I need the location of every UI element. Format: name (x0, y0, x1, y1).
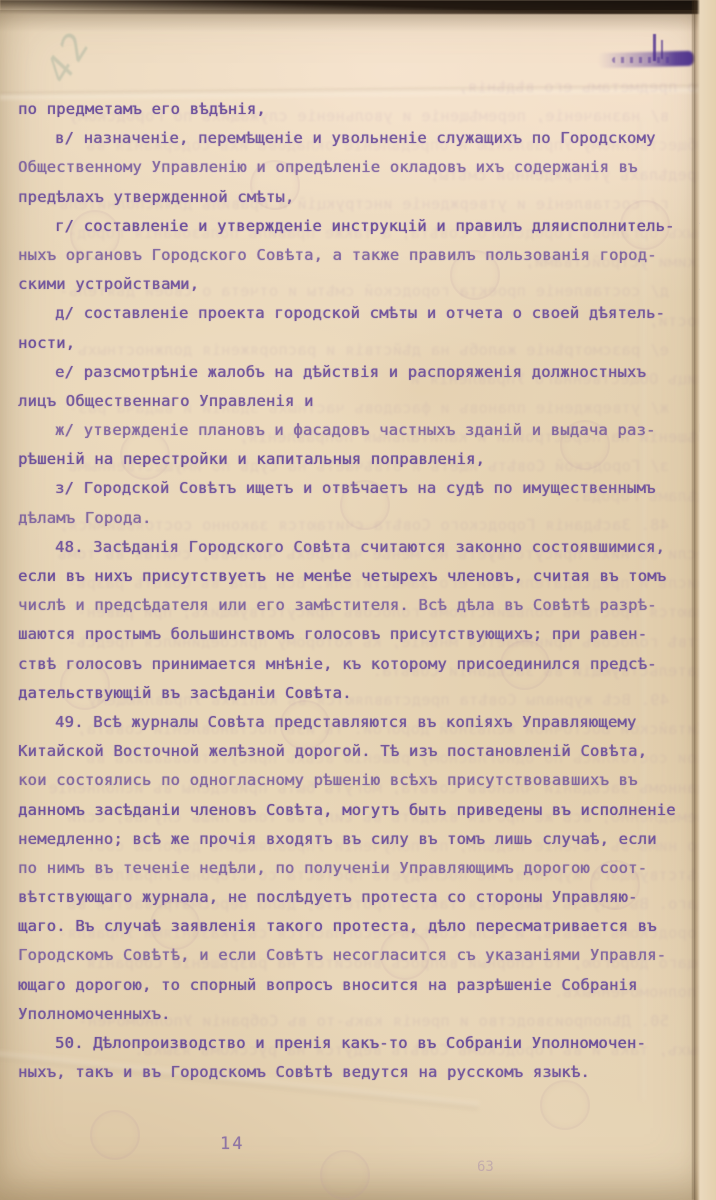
text-line: в/ назначеніе, перемѣщеніе и увольненіе … (18, 129, 694, 158)
text-line: ж/ утвержденіе плановъ и фасадовъ частны… (18, 421, 694, 450)
scan-top-edge-shadow (0, 10, 716, 32)
text-line: ныхъ, такъ и въ Городскомъ Совѣтѣ ведутс… (18, 1063, 694, 1092)
watermark-circle (90, 1110, 140, 1160)
text-line: д/ составленіе проекта городской смѣты и… (18, 304, 694, 333)
text-line: по нимъ въ теченіе недѣли, по полученіи … (18, 859, 694, 888)
document-body-text: по предметамъ его вѣдѣнія,в/ назначеніе,… (18, 100, 694, 1092)
text-line: рѣшеній на перестройки и капитальныя поп… (18, 450, 694, 479)
handwritten-pencil-mark: 42 (37, 23, 100, 90)
text-line: предѣлахъ утвержденной смѣты, (18, 188, 694, 217)
ink-smudge-tick (653, 34, 656, 61)
text-line: кои состоялись по одногласному рѣшенію в… (18, 771, 694, 800)
text-line: Китайской Восточной желѣзной дорогой. Тѣ… (18, 742, 694, 771)
text-line: скими устройствами, (18, 275, 694, 304)
text-line: щаго. Въ случаѣ заявленія такого протест… (18, 917, 694, 946)
text-line: з/ Городской Совѣтъ ищетъ и отвѣчаетъ на… (18, 479, 694, 508)
text-line: 49. Всѣ журналы Совѣта представляются въ… (18, 713, 694, 742)
text-line: ныхъ органовъ Городского Совѣта, а также… (18, 246, 694, 275)
watermark-circle (320, 1150, 370, 1200)
text-line: шаются простымъ большинствомъ голосовъ п… (18, 625, 694, 654)
text-line: е/ разсмотрѣніе жалобъ на дѣйствія и рас… (18, 363, 694, 392)
text-line: Городскомъ Совѣтѣ, и если Совѣтъ несогла… (18, 946, 694, 975)
text-line: немедленно; всѣ же прочія входятъ въ сил… (18, 830, 694, 859)
text-line: Уполномоченныхъ. (18, 1005, 694, 1034)
text-line: вѣтствующаго журнала, не послѣдуетъ прот… (18, 888, 694, 917)
faint-corner-mark: 63 (477, 1159, 494, 1175)
text-line: 50. Дѣлопроизводство и пренія какъ-то въ… (18, 1034, 694, 1063)
ink-smudge-tick (661, 40, 663, 59)
text-line: лицъ Общественнаго Управленія и (18, 392, 694, 421)
text-line: дѣламъ Города. (18, 509, 694, 538)
text-line: ствѣ голосовъ принимается мнѣніе, къ кот… (18, 655, 694, 684)
text-line: данномъ засѣданіи членовъ Совѣта, могутъ… (18, 801, 694, 830)
scanned-document-page: 42 по предметамъ его вѣдѣнія,в/ назначен… (0, 0, 716, 1200)
text-line: 48. Засѣданія Городского Совѣта считаютс… (18, 538, 694, 567)
ink-smudge-dots (612, 57, 672, 63)
text-line: г/ составленіе и утвержденіе инструкцій … (18, 217, 694, 246)
text-line: дательствующій въ засѣданіи Совѣта. (18, 684, 694, 713)
text-line: ющаго дорогою, то спорный вопросъ вносит… (18, 976, 694, 1005)
text-line: Общественному Управленію и опредѣленіе о… (18, 158, 694, 187)
text-line: по предметамъ его вѣдѣнія, (18, 100, 694, 129)
text-line: числѣ и предсѣдателя или его замѣстителя… (18, 596, 694, 625)
underlying-page-edge (694, 0, 716, 1200)
text-line: ности, (18, 334, 694, 363)
text-line: если въ нихъ присутствуетъ не менѣе четы… (18, 567, 694, 596)
page-number: 14 (220, 1134, 244, 1154)
